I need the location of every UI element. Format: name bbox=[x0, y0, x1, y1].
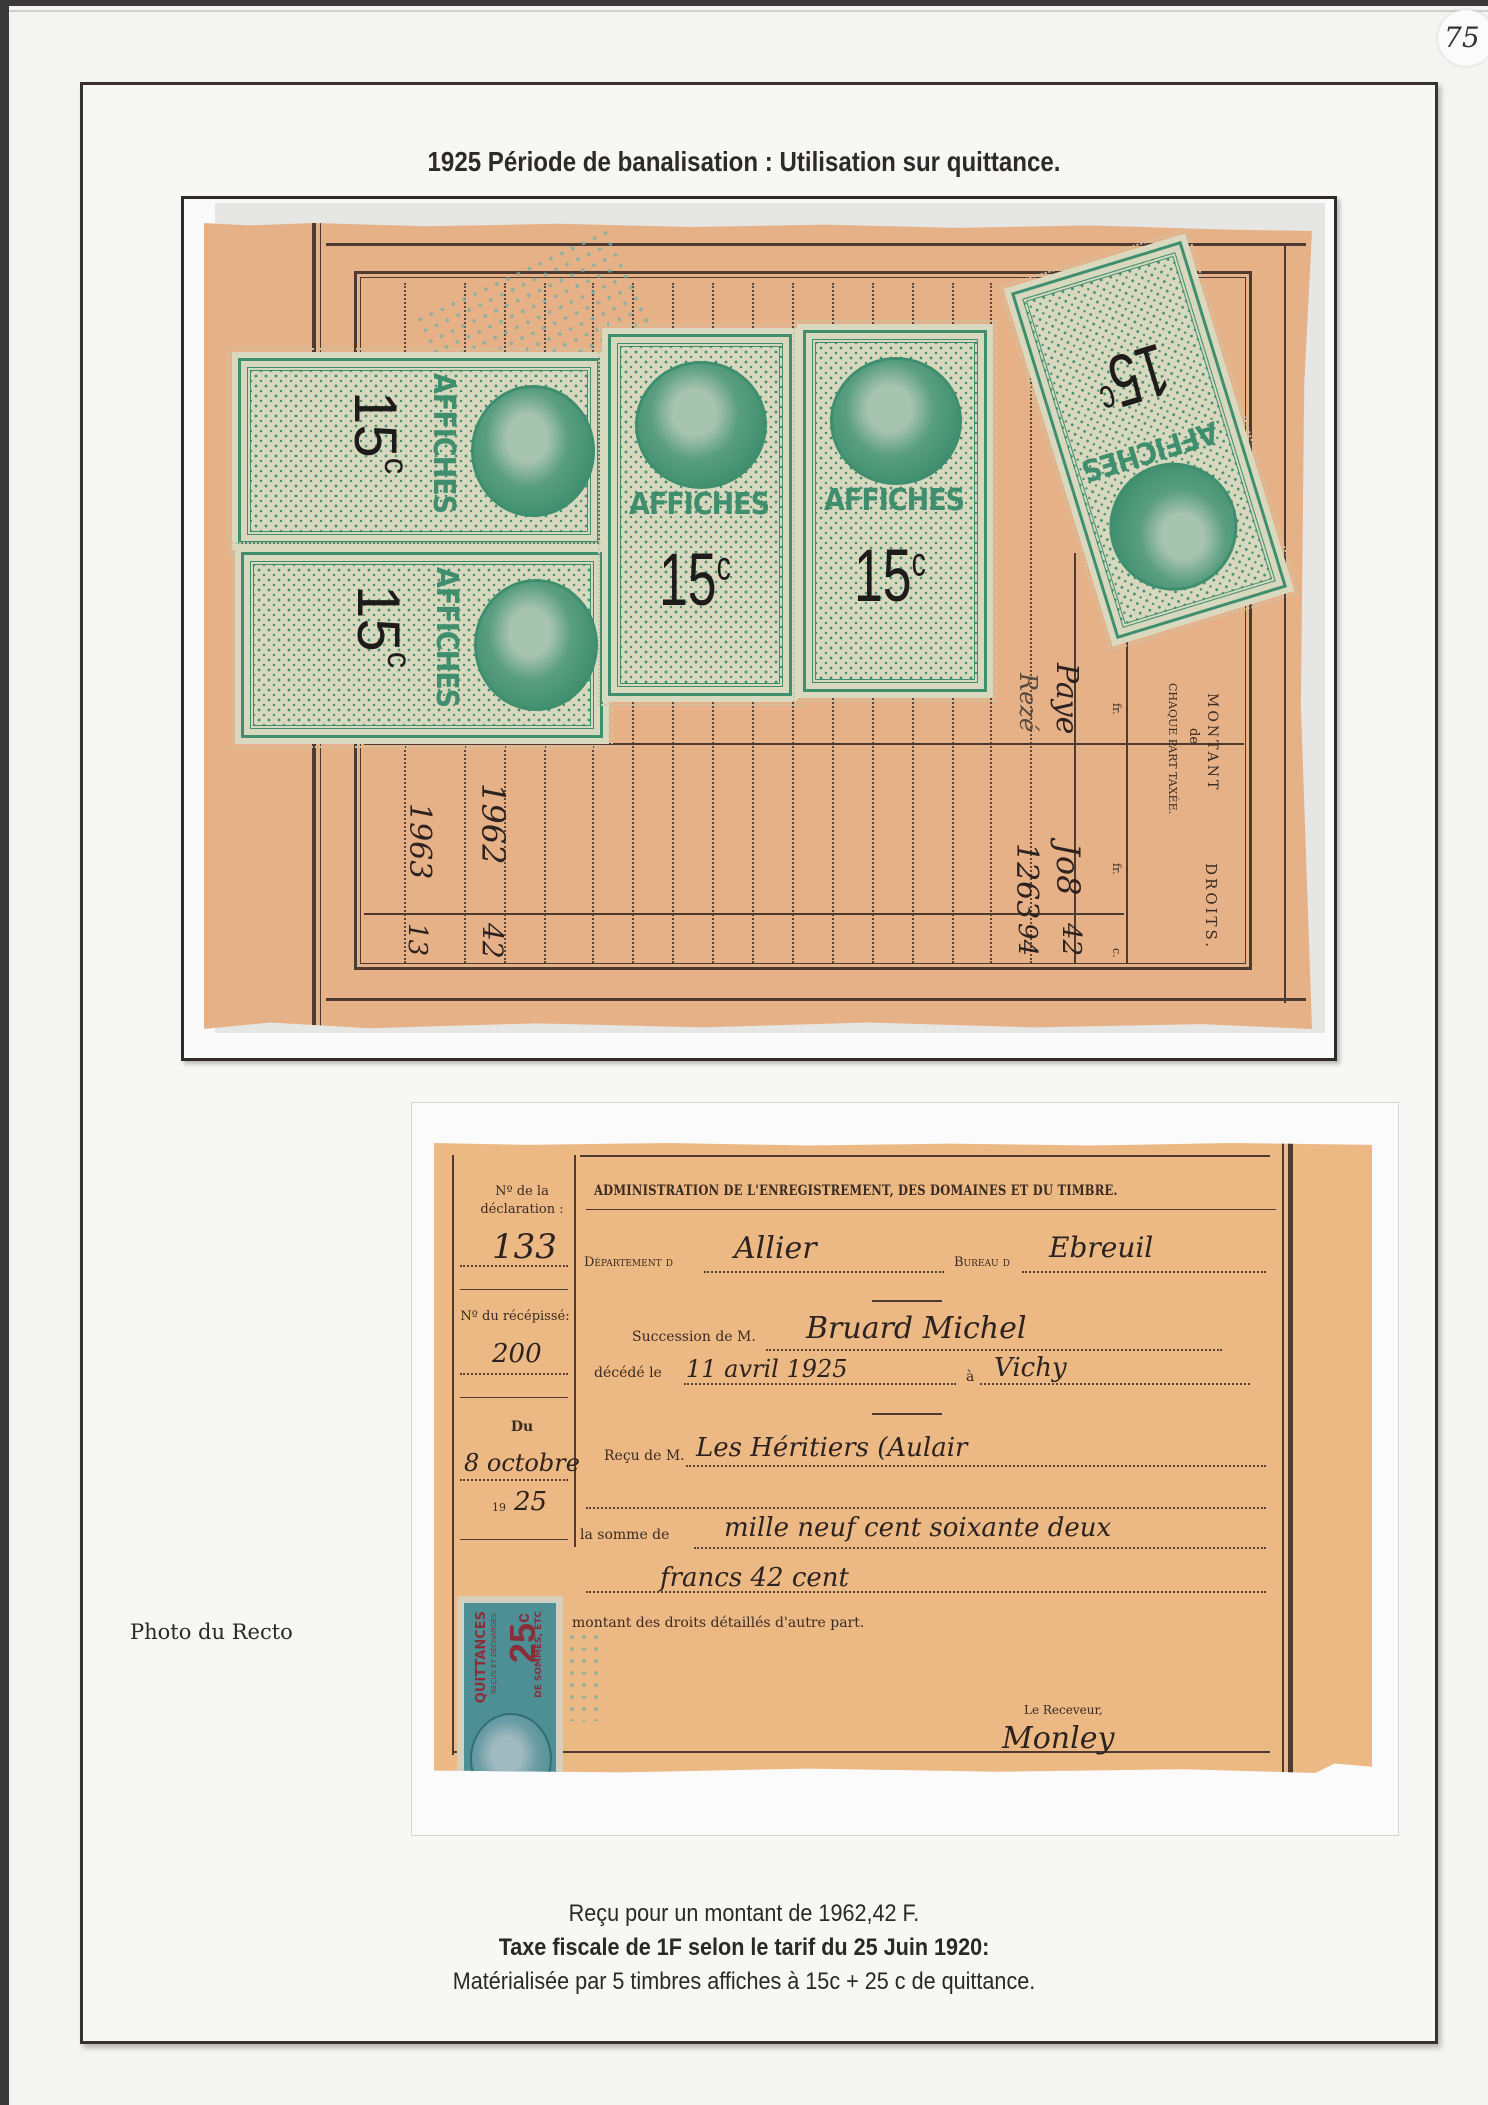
stamp-label: AFFICHES bbox=[426, 373, 461, 513]
caption-composition: Matérialisée par 5 timbres affiches à 15… bbox=[74, 1968, 1413, 1996]
stamp-label: AFFICHES bbox=[629, 487, 769, 522]
marianne-medallion-icon bbox=[470, 1713, 552, 1805]
recto-photo: ADMINISTRATION DE L'ENREGISTREMENT, DES … bbox=[411, 1102, 1399, 1836]
photo-caption: Photo du Recto bbox=[130, 1620, 293, 1644]
c-label: c. bbox=[1110, 948, 1123, 958]
quittance-line3: DE SOMMES, ETC bbox=[534, 1611, 544, 1698]
stamp-affiches-15c-1: AFFICHES 15c bbox=[238, 358, 600, 544]
hw-total1-c: 42 bbox=[476, 923, 509, 959]
page-title: 1925 Période de banalisation : Utilisati… bbox=[104, 146, 1384, 178]
fr-label: fr. bbox=[1110, 703, 1123, 715]
departement-label: Département d bbox=[584, 1255, 673, 1270]
du-value: 8 octobre bbox=[464, 1449, 580, 1477]
hw-amount-fr: Jo8 bbox=[1049, 843, 1087, 895]
hw-total1: 1962 bbox=[474, 783, 512, 864]
page-number: 75 bbox=[1438, 10, 1488, 66]
stamp-value: 15c bbox=[854, 533, 926, 618]
du-label: Du bbox=[474, 1419, 570, 1435]
quittance-line1: QUITTANCES bbox=[474, 1611, 489, 1703]
recepisse-value: 200 bbox=[492, 1339, 542, 1369]
montant-de: de bbox=[1186, 728, 1201, 744]
stamp-affiches-15c-4: AFFICHES 15c bbox=[803, 330, 987, 692]
marianne-medallion-icon bbox=[635, 361, 767, 489]
recto-document: ADMINISTRATION DE L'ENREGISTREMENT, DES … bbox=[434, 1143, 1372, 1773]
receveur-label: Le Receveur, bbox=[1024, 1703, 1103, 1717]
hw-total2: 1963 bbox=[402, 803, 437, 879]
succession-value: Bruard Michel bbox=[806, 1311, 1026, 1346]
hw-amount-c2: 94 bbox=[1012, 923, 1042, 956]
caption-amount: Reçu pour un montant de 1962,42 F. bbox=[74, 1900, 1413, 1928]
somme-value-2: francs 42 cent bbox=[660, 1563, 849, 1593]
bureau-value: Ebreuil bbox=[1049, 1231, 1153, 1264]
recu-de-value: Les Héritiers (Aulair bbox=[696, 1433, 967, 1463]
a-value: Vichy bbox=[994, 1353, 1067, 1383]
declaration-value: 133 bbox=[492, 1227, 557, 1267]
scan-edge-left bbox=[0, 0, 9, 2105]
a-label: à bbox=[966, 1369, 974, 1385]
hw-part1: Paye bbox=[1049, 663, 1084, 734]
quittance-line2: REÇUS ET DÉCHARGES bbox=[490, 1613, 498, 1694]
chaque-part-header: CHAQUE PART TAXÉE. bbox=[1166, 683, 1179, 814]
stamp-quittance-25c: QUITTANCES REÇUS ET DÉCHARGES 25c DE SOM… bbox=[462, 1601, 558, 1811]
montant-header: MONTANT bbox=[1204, 693, 1220, 792]
hw-amount-c: 42 bbox=[1056, 923, 1086, 956]
year-value: 25 bbox=[514, 1487, 547, 1517]
somme-label: la somme de bbox=[580, 1527, 669, 1543]
recepisse-label: Nº du récépissé: bbox=[458, 1309, 572, 1324]
somme-value: mille neuf cent soixante deux bbox=[724, 1513, 1111, 1543]
scan-edge-top bbox=[0, 0, 1488, 6]
year-prefix: 19 bbox=[492, 1501, 506, 1514]
recu-de-label: Reçu de M. bbox=[604, 1448, 685, 1464]
marianne-medallion-icon bbox=[830, 357, 962, 485]
marianne-medallion-icon bbox=[474, 579, 598, 711]
hw-total2-c: 13 bbox=[402, 923, 432, 956]
stamp-affiches-15c-3: AFFICHES 15c bbox=[608, 334, 792, 696]
stamp-label: AFFICHES bbox=[824, 483, 964, 518]
admin-header: ADMINISTRATION DE L'ENREGISTREMENT, DES … bbox=[594, 1183, 1118, 1199]
departement-value: Allier bbox=[734, 1231, 817, 1266]
decede-label: décédé le bbox=[594, 1365, 662, 1381]
hw-amount-fr2: 1263 bbox=[1009, 843, 1044, 919]
succession-label: Succession de M. bbox=[632, 1329, 756, 1345]
montant-line: montant des droits détaillés d'autre par… bbox=[572, 1615, 864, 1631]
fr-label-2: fr. bbox=[1110, 863, 1123, 875]
caption-tax: Taxe fiscale de 1F selon le tarif du 25 … bbox=[74, 1934, 1413, 1962]
marianne-medallion-icon bbox=[471, 385, 595, 517]
stamp-affiches-15c-2: AFFICHES 15c bbox=[241, 552, 603, 738]
hw-part2: Rezé bbox=[1014, 673, 1042, 732]
stamp-label: AFFICHES bbox=[429, 567, 464, 707]
bureau-label: Bureau d bbox=[954, 1255, 1010, 1270]
decede-value: 11 avril 1925 bbox=[686, 1355, 848, 1383]
stamp-value: 15c bbox=[344, 585, 418, 668]
stamp-value: 15c bbox=[659, 537, 731, 622]
declaration-label: Nº de la déclaration : bbox=[474, 1183, 570, 1219]
droits-header: DROITS. bbox=[1202, 863, 1220, 950]
receveur-signature: Monley bbox=[1002, 1721, 1114, 1756]
stamp-value: 15c bbox=[341, 391, 415, 474]
